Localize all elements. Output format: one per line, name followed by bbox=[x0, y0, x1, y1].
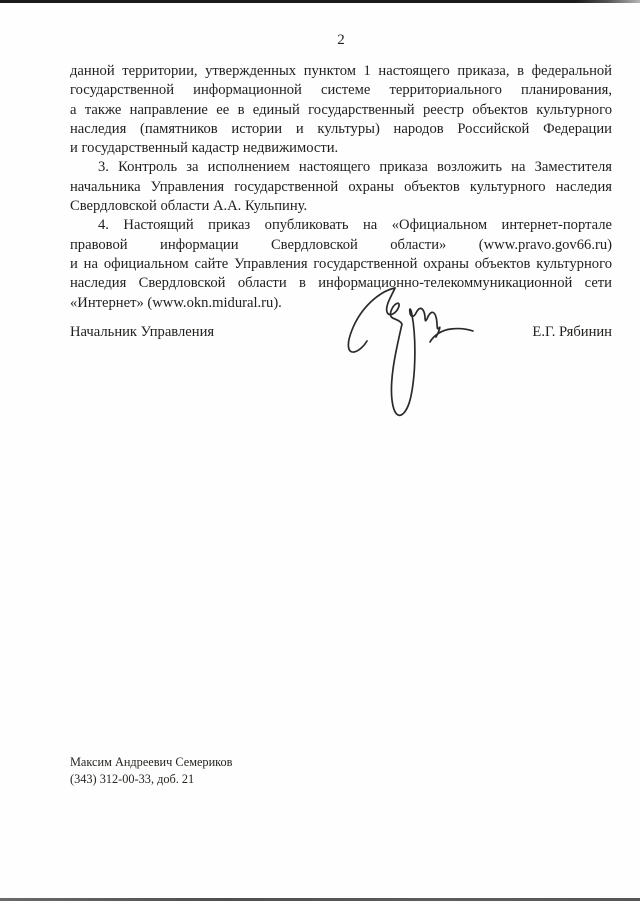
signature-scrawl-icon bbox=[338, 278, 478, 448]
body-line: и на официальном сайте Управления госуда… bbox=[70, 255, 612, 274]
document-body: данной территории, утвержденных пунктом … bbox=[70, 62, 612, 313]
scan-edge-bottom-line bbox=[0, 898, 640, 901]
body-line: 3. Контроль за исполнением настоящего пр… bbox=[70, 158, 612, 177]
scan-edge-top-line bbox=[0, 0, 640, 3]
body-line: начальника Управления государственной ох… bbox=[70, 178, 612, 197]
body-line: и государственный кадастр недвижимости. bbox=[70, 139, 612, 158]
contact-name: Максим Андреевич Семериков bbox=[70, 754, 232, 771]
body-line: Свердловской области А.А. Кульпину. bbox=[70, 197, 612, 216]
body-line: 4. Настоящий приказ опубликовать на «Офи… bbox=[70, 216, 612, 235]
document-page: 2 данной территории, утвержденных пункто… bbox=[0, 0, 640, 905]
footer-contact: Максим Андреевич Семериков (343) 312-00-… bbox=[70, 754, 232, 787]
body-line: наследия (памятников истории и культуры)… bbox=[70, 120, 612, 139]
body-line: а также направление ее в единый государс… bbox=[70, 101, 612, 120]
page-number: 2 bbox=[70, 31, 612, 50]
position-title: Начальник Управления bbox=[70, 323, 214, 342]
signatory-name: Е.Г. Рябинин bbox=[532, 323, 612, 342]
body-line: правовой информации Свердловской области… bbox=[70, 236, 612, 255]
contact-phone: (343) 312-00-33, доб. 21 bbox=[70, 771, 232, 788]
body-line: данной территории, утвержденных пунктом … bbox=[70, 62, 612, 81]
body-line: государственной информационной системе т… bbox=[70, 81, 612, 100]
